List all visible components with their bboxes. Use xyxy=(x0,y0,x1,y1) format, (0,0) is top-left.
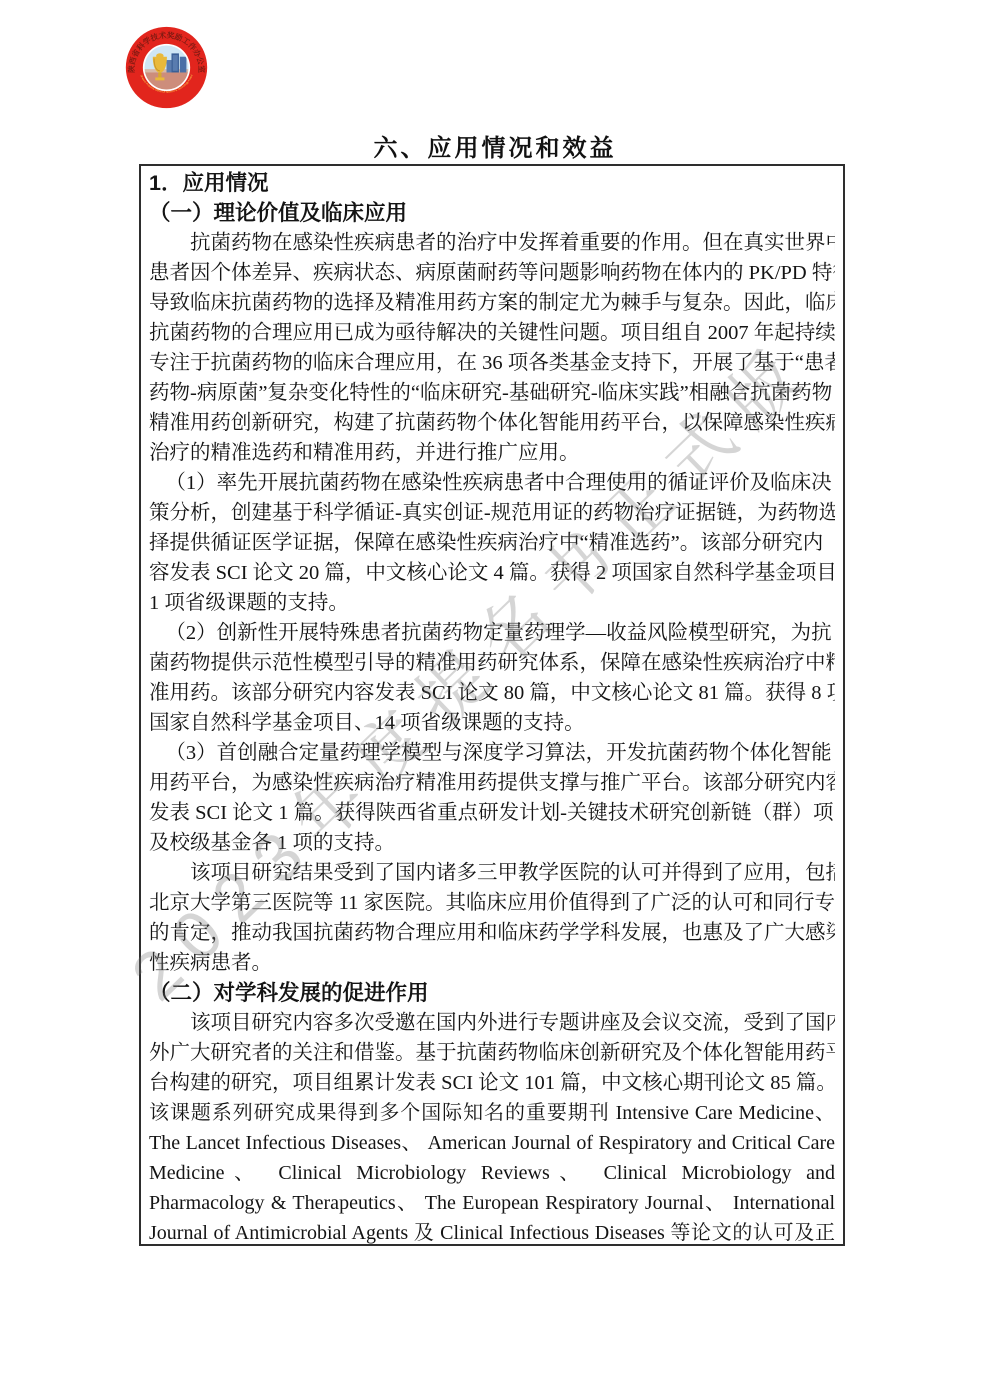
doc-line: 及校级基金各 1 项的支持。 xyxy=(149,828,835,858)
doc-line-point-2: （2）创新性开展特殊患者抗菌药物定量药理学—收益风险模型研究，为抗 xyxy=(149,618,835,648)
doc-line: 外广大研究者的关注和借鉴。基于抗菌药物临床创新研究及个体化智能用药平 xyxy=(149,1038,835,1068)
doc-line-journals: Medicine、 Clinical Microbiology Reviews、… xyxy=(149,1158,835,1188)
doc-line: 专注于抗菌药物的临床合理应用，在 36 项各类基金支持下，开展了基于“患者- xyxy=(149,348,835,378)
page-title: 六、应用情况和效益 xyxy=(0,128,990,163)
doc-line-journals: Journal of Antimicrobial Agents 及 Clinic… xyxy=(149,1218,835,1246)
doc-line: 策分析，创建基于科学循证-真实创证-规范用证的药物治疗证据链，为药物选 xyxy=(149,498,835,528)
doc-line-point-3: （3）首创融合定量药理学模型与深度学习算法，开发抗菌药物个体化智能 xyxy=(149,738,835,768)
doc-line: 1 项省级课题的支持。 xyxy=(149,588,835,618)
content-box: 1．应用情况 （一）理论价值及临床应用 抗菌药物在感染性疾病患者的治疗中发挥着重… xyxy=(139,164,845,1246)
doc-line: 该课题系列研究成果得到多个国际知名的重要期刊 Intensive Care Me… xyxy=(149,1098,835,1128)
seal-graphic: 陕西省科学技术奖励工作办公室 Shaanxi Province Office O… xyxy=(125,26,208,109)
doc-line: 抗菌药物的合理应用已成为亟待解决的关键性问题。项目组自 2007 年起持续 xyxy=(149,318,835,348)
doc-line: 国家自然科学基金项目、14 项省级课题的支持。 xyxy=(149,708,835,738)
doc-line: 该项目研究内容多次受邀在国内外进行专题讲座及会议交流，受到了国内 xyxy=(149,1008,835,1038)
doc-line: 抗菌药物在感染性疾病患者的治疗中发挥着重要的作用。但在真实世界中 xyxy=(149,228,835,258)
award-office-seal: 陕西省科学技术奖励工作办公室 Shaanxi Province Office O… xyxy=(125,26,208,109)
doc-line: 准用药。该部分研究内容发表 SCI 论文 80 篇，中文核心论文 81 篇。获得… xyxy=(149,678,835,708)
doc-line: 药物-病原菌”复杂变化特性的“临床研究-基础研究-临床实践”相融合抗菌药物 xyxy=(149,378,835,408)
doc-line: 治疗的精准选药和精准用药，并进行推广应用。 xyxy=(149,438,835,468)
section-heading-application: 1．应用情况 xyxy=(149,168,835,198)
document-page: 陕西省科学技术奖励工作办公室 Shaanxi Province Office O… xyxy=(0,0,990,1399)
doc-line-journals: The Lancet Infectious Diseases、 American… xyxy=(149,1128,835,1158)
doc-line: 性疾病患者。 xyxy=(149,948,835,978)
doc-line: 北京大学第三医院等 11 家医院。其临床应用价值得到了广泛的认可和同行专家 xyxy=(149,888,835,918)
doc-line: 择提供循证医学证据，保障在感染性疾病治疗中“精准选药”。该部分研究内 xyxy=(149,528,835,558)
doc-line-journals: Pharmacology & Therapeutics、 The Europea… xyxy=(149,1188,835,1218)
doc-line: 容发表 SCI 论文 20 篇，中文核心论文 4 篇。获得 2 项国家自然科学基… xyxy=(149,558,835,588)
doc-line: 该项目研究结果受到了国内诸多三甲教学医院的认可并得到了应用，包括 xyxy=(149,858,835,888)
section-heading-discipline: （二）对学科发展的促进作用 xyxy=(149,978,835,1008)
doc-line: 台构建的研究，项目组累计发表 SCI 论文 101 篇，中文核心期刊论文 85 … xyxy=(149,1068,835,1098)
doc-line-point-1: （1）率先开展抗菌药物在感染性疾病患者中合理使用的循证评价及临床决 xyxy=(149,468,835,498)
doc-line: 导致临床抗菌药物的选择及精准用药方案的制定尤为棘手与复杂。因此，临床 xyxy=(149,288,835,318)
doc-line: 发表 SCI 论文 1 篇。获得陕西省重点研发计划-关键技术研究创新链（群）项目 xyxy=(149,798,835,828)
section-heading-theory-clinical: （一）理论价值及临床应用 xyxy=(149,198,835,228)
doc-line: 精准用药创新研究，构建了抗菌药物个体化智能用药平台，以保障感染性疾病 xyxy=(149,408,835,438)
doc-line: 患者因个体差异、疾病状态、病原菌耐药等问题影响药物在体内的 PK/PD 特征， xyxy=(149,258,835,288)
doc-line: 菌药物提供示范性模型引导的精准用药研究体系，保障在感染性疾病治疗中精 xyxy=(149,648,835,678)
doc-line: 用药平台，为感染性疾病治疗精准用药提供支撑与推广平台。该部分研究内容 xyxy=(149,768,835,798)
doc-line: 的肯定，推动我国抗菌药物合理应用和临床药学学科发展，也惠及了广大感染 xyxy=(149,918,835,948)
